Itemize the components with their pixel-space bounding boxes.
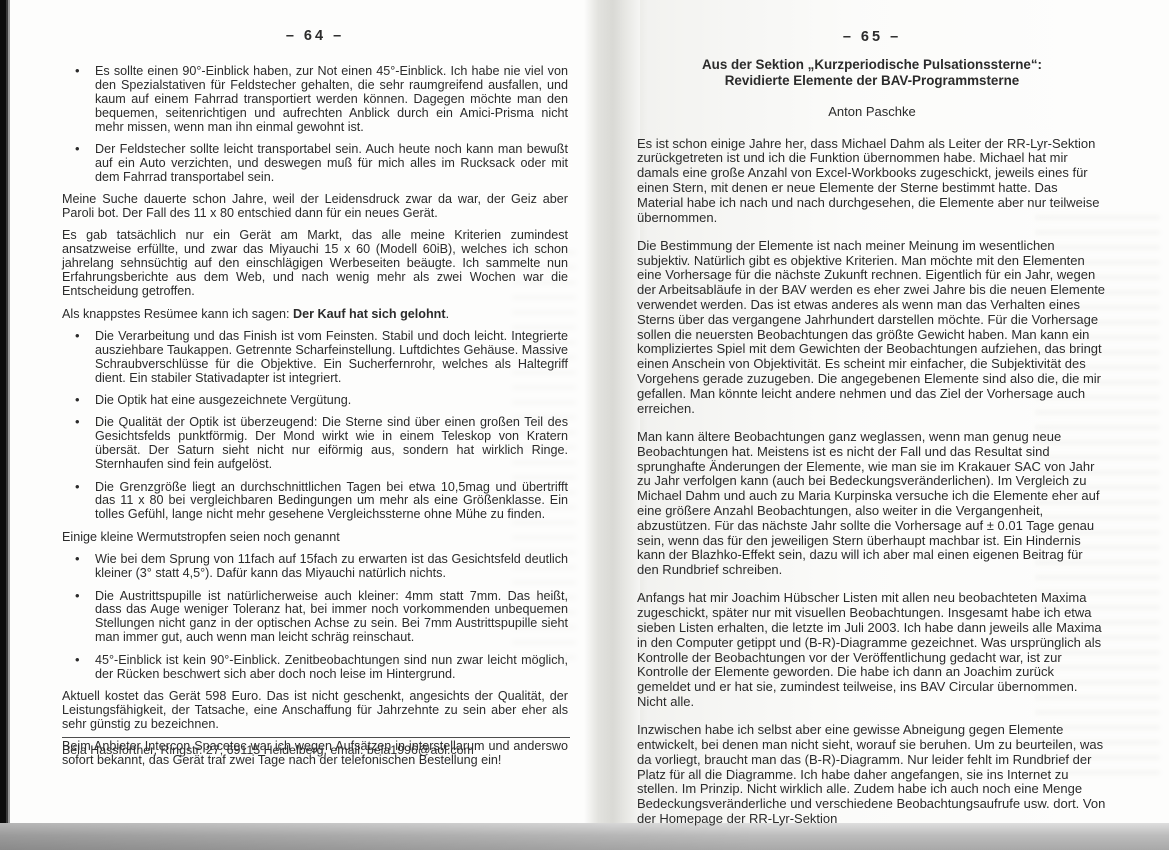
paragraph: Man kann ältere Beobachtungen ganz wegla… [637,430,1107,578]
bullet-marker-icon: • [75,480,80,494]
pros-bullet-list: •Die Verarbeitung und das Finish ist vom… [62,330,568,522]
article-title-line2: Revidierte Elemente der BAV-Programmster… [637,73,1107,90]
bullet-marker-icon: • [75,653,80,667]
list-item: •Wie bei dem Sprung von 11fach auf 15fac… [62,553,568,581]
list-item: •Die Qualität der Optik ist überzeugend:… [62,416,568,472]
paragraph: Meine Suche dauerte schon Jahre, weil de… [62,193,568,221]
footnote: Béla Hassforther, Ringstr. 27, 69115 Hei… [62,737,570,757]
bullet-text: Die Austrittspupille ist natürlicherweis… [95,589,568,645]
paragraph: Aktuell kostet das Gerät 598 Euro. Das i… [62,690,568,732]
bullet-text: Der Feldstecher sollte leicht transporta… [95,142,568,184]
page-number: – 64 – [62,30,568,44]
author: Anton Paschke [637,105,1107,120]
paragraph: Anfangs hat mir Joachim Hübscher Listen … [637,591,1107,709]
bullet-text: Die Grenzgröße liegt an durchschnittlich… [95,480,568,522]
bullet-text: Wie bei dem Sprung von 11fach auf 15fach… [95,552,568,580]
list-item: •Die Verarbeitung und das Finish ist vom… [62,330,568,386]
bullet-text: 45°-Einblick ist kein 90°-Einblick. Zeni… [95,653,568,681]
scanned-spread: { "colors": { "paper": "#fdfdfc", "ink":… [0,0,1169,850]
scan-edge-bar [0,0,10,824]
bullet-marker-icon: • [75,589,80,603]
cons-bullet-list: •Wie bei dem Sprung von 11fach auf 15fac… [62,553,568,681]
bullet-text: Die Optik hat eine ausgezeichnete Vergüt… [95,393,351,407]
cons-intro: Einige kleine Wermutstropfen seien noch … [62,531,568,545]
bullet-marker-icon: • [75,393,80,407]
bullet-text: Die Verarbeitung und das Finish ist vom … [95,329,568,385]
paragraph: Die Bestimmung der Elemente ist nach mei… [637,239,1107,417]
bullet-marker-icon: • [75,64,80,78]
bullet-marker-icon: • [75,329,80,343]
bullet-text: Es sollte einen 90°-Einblick haben, zur … [95,64,568,134]
page-65: – 65 – Aus der Sektion „Kurzperiodische … [637,30,1107,840]
paragraph: Es ist schon einige Jahre her, dass Mich… [637,137,1107,226]
article-title: Aus der Sektion „Kurzperiodische Pulsati… [637,57,1107,90]
list-item: •45°-Einblick ist kein 90°-Einblick. Zen… [62,654,568,682]
resume-verdict: Der Kauf hat sich gelohnt [293,307,446,321]
paragraph: Als knappstes Resümee kann ich sagen: De… [62,308,568,322]
list-item: •Die Austrittspupille ist natürlicherwei… [62,590,568,646]
paragraph: Inzwischen habe ich selbst aber eine gew… [637,723,1107,827]
resume-text: Als knappstes Resümee kann ich sagen: [62,307,293,321]
list-item: •Der Feldstecher sollte leicht transport… [62,143,568,185]
page-64: – 64 – •Es sollte einen 90°-Einblick hab… [62,30,568,776]
bullet-text: Die Qualität der Optik ist überzeugend: … [95,415,568,471]
list-item: •Die Optik hat eine ausgezeichnete Vergü… [62,394,568,408]
footnote-text: Béla Hassforther, Ringstr. 27, 69115 Hei… [62,743,474,757]
bullet-marker-icon: • [75,415,80,429]
page-number: – 65 – [637,30,1107,45]
bullet-marker-icon: • [75,142,80,156]
article-title-line1: Aus der Sektion „Kurzperiodische Pulsati… [637,57,1107,74]
resume-period: . [446,307,450,321]
criteria-bullet-list: •Es sollte einen 90°-Einblick haben, zur… [62,65,568,185]
list-item: •Es sollte einen 90°-Einblick haben, zur… [62,65,568,135]
paragraph: Es gab tatsächlich nur ein Gerät am Mark… [62,229,568,299]
list-item: •Die Grenzgröße liegt an durchschnittlic… [62,481,568,523]
bullet-marker-icon: • [75,552,80,566]
